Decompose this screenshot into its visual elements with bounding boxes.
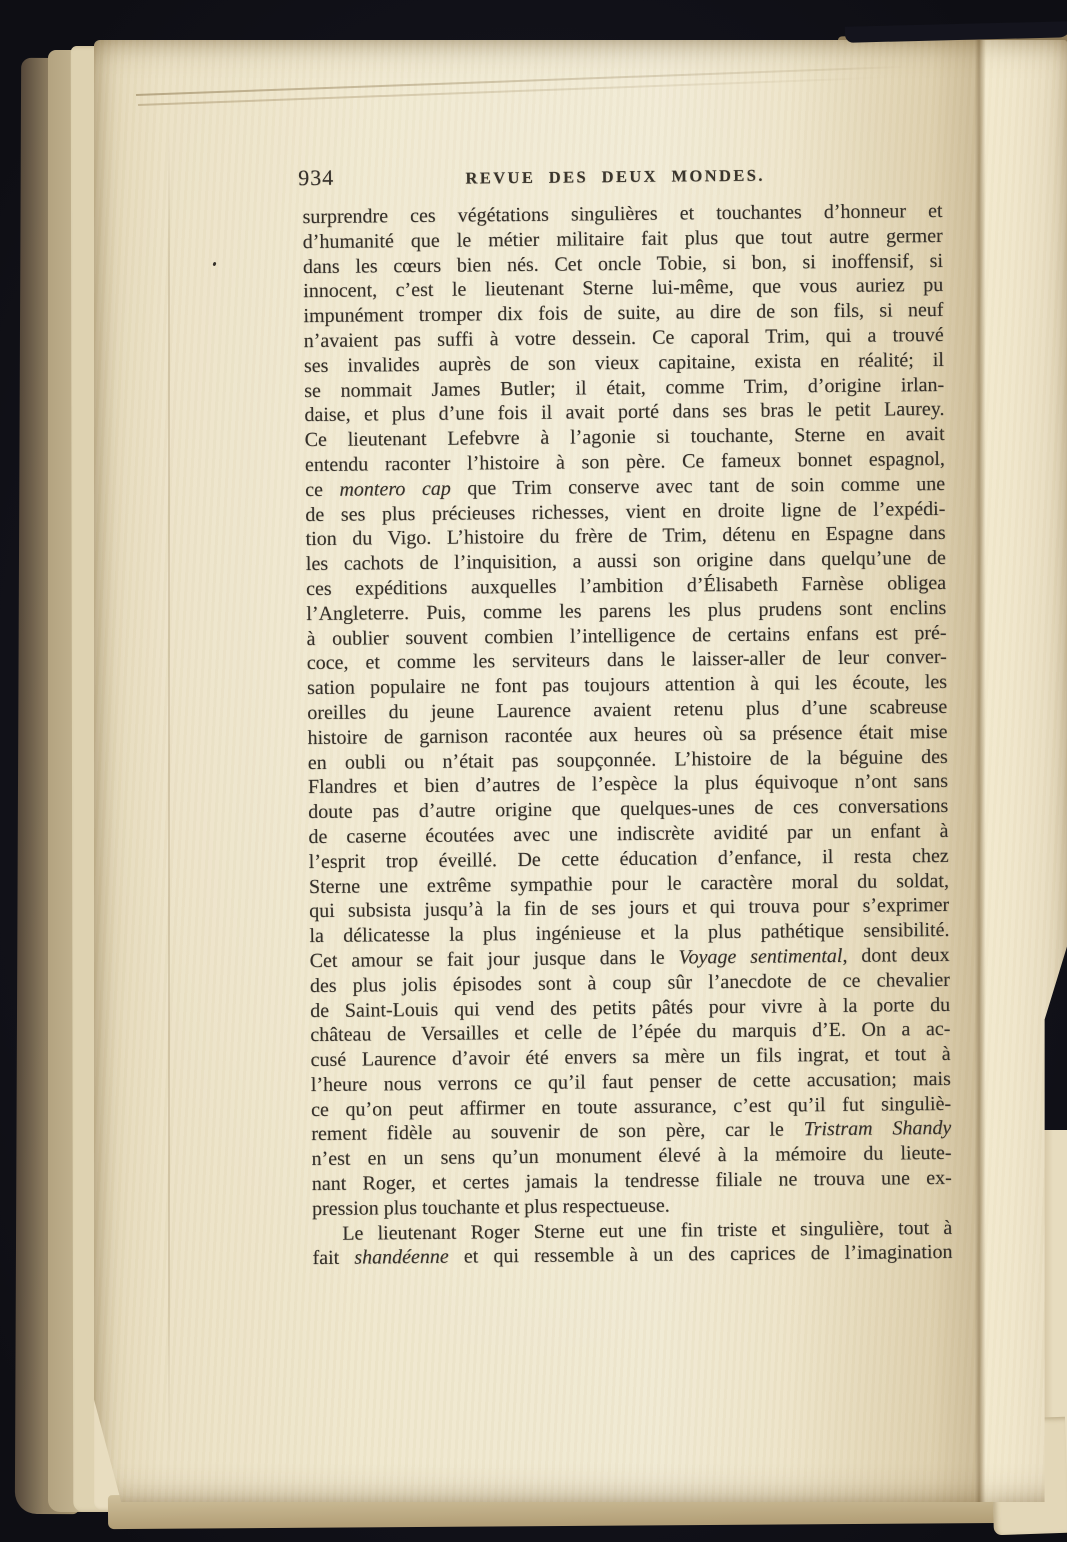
printed-area: 934 REVUE DES DEUX MONDES. surprendre ce… bbox=[302, 159, 953, 1271]
ink-speck bbox=[212, 262, 216, 267]
book-page: 934 REVUE DES DEUX MONDES. surprendre ce… bbox=[94, 40, 1067, 1502]
scanned-book-photo: 934 REVUE DES DEUX MONDES. surprendre ce… bbox=[0, 0, 1067, 1542]
text-line: fait shandéenne et qui ressemble à un de… bbox=[312, 1240, 952, 1271]
body-text: surprendre ces végétations singulières e… bbox=[302, 199, 952, 1271]
page-curvature-shadow bbox=[168, 130, 170, 1460]
running-title: REVUE DES DEUX MONDES. bbox=[302, 164, 928, 190]
under-page-edge-line bbox=[136, 66, 906, 96]
page-header: 934 REVUE DES DEUX MONDES. bbox=[302, 159, 942, 205]
under-page-edge-line bbox=[138, 77, 883, 106]
